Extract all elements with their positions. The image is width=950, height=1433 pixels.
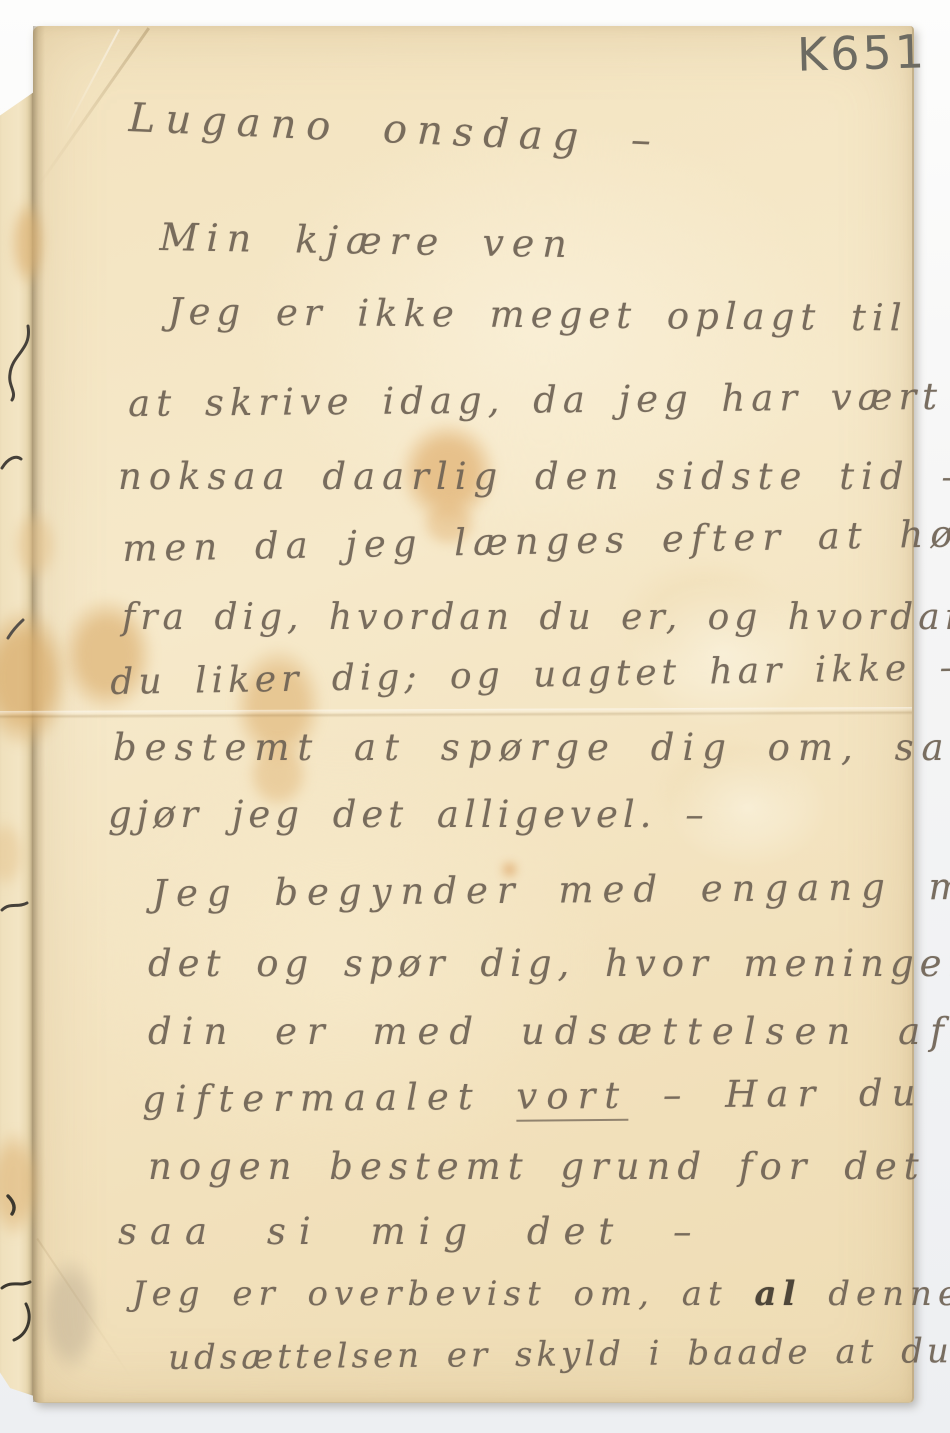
stray-ink-mark (4, 616, 28, 642)
archive-mark: K651 (796, 24, 927, 81)
stray-ink-mark (2, 1192, 28, 1218)
stray-ink-mark (0, 1278, 34, 1348)
stray-ink-mark (0, 896, 32, 944)
letter-scan: Lugano onsdag –Min kjære venJeg er ikke … (0, 0, 950, 1433)
letter-page (33, 26, 914, 1403)
stray-ink-mark (2, 322, 34, 406)
stray-ink-mark (0, 446, 24, 474)
fold-shadow (33, 26, 45, 1402)
